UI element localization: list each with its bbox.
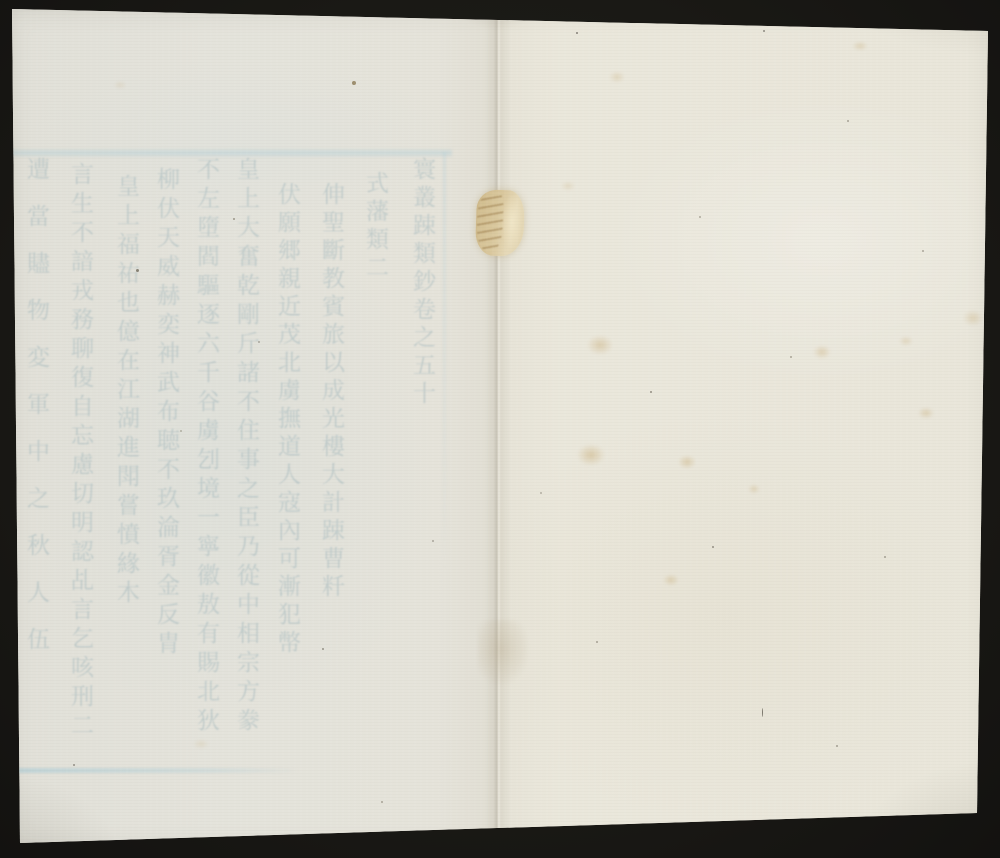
bleedthrough-frame-line-top: [0, 148, 452, 158]
ghost-text-column: 伏願郷親近茂北虜撫道人寇內可漸犯幣: [271, 182, 304, 658]
ghost-text-column: 伸聖斷教賓旅以成光樓大計踈曹粁: [315, 182, 348, 602]
scanned-book-spread: 寰叢踈類鈔卷之五十式藩類二伸聖斷教賓旅以成光樓大計踈曹粁伏願郷親近茂北虜撫道人寇…: [0, 0, 1000, 858]
ghost-text-column: 遭當贐物変軍中之秋人伍: [20, 157, 53, 674]
ghost-text-column: 柳伏天威赫奕神武布聴不玖淪胥金反胄: [150, 167, 183, 660]
ghost-text-column: 皇上福祐也億在江湖進閗嘗憤緣木: [110, 174, 143, 609]
ghost-text-column: 皇上大奮乾剛斤諸不住事之臣乃從中相宗方豢: [230, 157, 263, 737]
bleedthrough-frame-line-right: [443, 152, 446, 572]
bleedthrough-frame-line-bottom: [0, 768, 300, 773]
ghost-text-column: 寰叢踈類鈔卷之五十: [406, 157, 439, 409]
ghost-text-column: 式藩類二: [359, 171, 392, 283]
fold-smudge-stain: [478, 620, 528, 684]
right-page-blank: [497, 0, 1000, 858]
dust-speck: [705, 836, 707, 838]
ghost-text-column: 言生不諳戎務聊復自忘慮切明認乩言乞咳刑二: [64, 162, 97, 742]
bleedthrough-frame-line-left: [6, 152, 10, 772]
left-page: 寰叢踈類鈔卷之五十式藩類二伸聖斷教賓旅以成光樓大計踈曹粁伏願郷親近茂北虜撫道人寇…: [0, 0, 497, 858]
adhesive-repair-stain: [475, 189, 525, 257]
ghost-text-column: 不左墮閻驅逐六千谷虜刉境一寧徽敖有賜北狄: [190, 157, 223, 737]
paper-sheet: 寰叢踈類鈔卷之五十式藩類二伸聖斷教賓旅以成光樓大計踈曹粁伏願郷親近茂北虜撫道人寇…: [0, 0, 1000, 858]
